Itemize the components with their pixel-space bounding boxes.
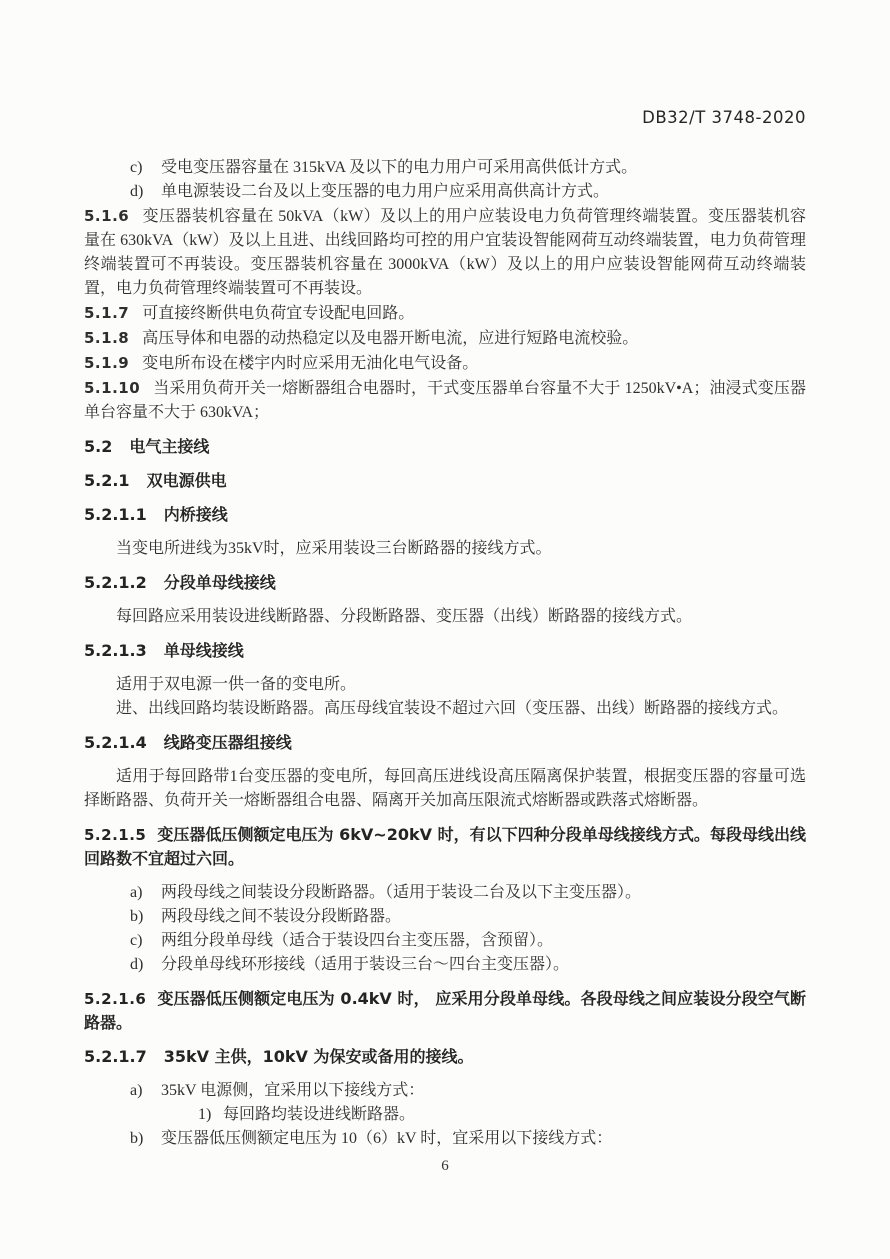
list-item-text: 受电变压器容量在 315kVA 及以下的电力用户可采用高供低计方式。	[161, 159, 637, 176]
list-item-label: a)	[130, 1079, 142, 1103]
list-item-text: 单电源装设二台及以上变压器的电力用户应采用高供高计方式。	[161, 183, 609, 200]
clause-text: 高压导体和电器的动热稳定以及电器开断电流，应进行短路电流校验。	[142, 330, 638, 347]
section-title: 单母线接线	[164, 641, 244, 660]
paragraph: 适用于每回路带1台变压器的变电所，每回高压进线设高压隔离保护装置，根据变压器的容…	[84, 765, 806, 813]
clause-number: 5.2.1.6	[84, 990, 146, 1008]
section-number: 5.2.1	[84, 471, 130, 490]
clause-group-5-1: 5.1.6变压器装机容量在 50kVA（kW）及以上的用户应装设电力负荷管理终端…	[84, 204, 806, 425]
section-number: 5.2.1.2	[84, 573, 147, 592]
paragraph: 进、出线回路均装设断路器。高压母线宜装设不超过六回（变压器、出线）断路器的接线方…	[84, 697, 806, 721]
clause-text: 可直接终断供电负荷宜专设配电回路。	[142, 305, 414, 322]
heading-5-2: 5.2电气主接线	[84, 435, 806, 459]
clause-text: 变压器低压侧额定电压为 6kV~20kV 时，有以下四种分段单母线接线方式。每段…	[84, 825, 806, 868]
document-page: DB32/T 3748-2020 c) 受电变压器容量在 315kVA 及以下的…	[0, 0, 890, 1259]
list-item-text: 两段母线之间不装设分段断路器。	[161, 908, 401, 925]
list-item-text: 两段母线之间装设分段断路器。（适用于装设二台及以下主变压器）。	[161, 884, 641, 901]
list-item: b) 两段母线之间不装设分段断路器。	[84, 905, 806, 929]
paragraph: 适用于双电源一供一备的变电所。	[84, 673, 806, 697]
clause-number: 5.1.6	[84, 207, 129, 225]
clause-text: 变压器装机容量在 50kVA（kW）及以上的用户应装设电力负荷管理终端装置。变压…	[84, 208, 806, 297]
clause-number: 5.1.8	[84, 329, 129, 347]
list-item-label: d)	[130, 953, 143, 977]
list-item: d) 单电源装设二台及以上变压器的电力用户应采用高供高计方式。	[84, 180, 806, 204]
section-title: 分段单母线接线	[164, 573, 276, 592]
list-5-2-1-7: a) 35kV 电源侧，宜采用以下接线方式： 1) 每回路均装设进线断路器。 b…	[84, 1079, 806, 1151]
clause-number: 5.1.7	[84, 304, 129, 322]
list-item-label: b)	[130, 905, 143, 929]
section-number: 5.2.1.4	[84, 733, 147, 752]
clause-5-1-8: 5.1.8高压导体和电器的动热稳定以及电器开断电流，应进行短路电流校验。	[84, 326, 806, 351]
list-item-text: 两组分段单母线（适合于装设四台主变压器，含预留）。	[161, 932, 553, 949]
paragraph: 每回路应采用装设进线断路器、分段断路器、变压器（出线）断路器的接线方式。	[84, 605, 806, 629]
list-item: a) 35kV 电源侧，宜采用以下接线方式：	[84, 1079, 806, 1103]
clause-text: 当采用负荷开关一熔断器组合电器时，干式变压器单台容量不大于 1250kV•A；油…	[84, 380, 806, 421]
clause-text: 变压器低压侧额定电压为 0.4kV 时， 应采用分段单母线。各段母线之间应装设分…	[84, 989, 806, 1032]
heading-5-2-1-3: 5.2.1.3单母线接线	[84, 639, 806, 663]
clause-5-1-9: 5.1.9变电所布设在楼宇内时应采用无油化电气设备。	[84, 351, 806, 376]
list-5-2-1-5: a) 两段母线之间装设分段断路器。（适用于装设二台及以下主变压器）。 b) 两段…	[84, 881, 806, 977]
section-title: 内桥接线	[164, 505, 228, 524]
sublist-item: 1) 每回路均装设进线断路器。	[84, 1103, 806, 1127]
list-item-label: 1)	[198, 1103, 211, 1127]
list-item-label: c)	[130, 929, 142, 953]
list-item-label: a)	[130, 881, 142, 905]
clause-5-2-1-5: 5.2.1.5变压器低压侧额定电压为 6kV~20kV 时，有以下四种分段单母线…	[84, 823, 806, 871]
list-item-label: c)	[130, 156, 142, 180]
clause-5-1-10: 5.1.10当采用负荷开关一熔断器组合电器时，干式变压器单台容量不大于 1250…	[84, 376, 806, 425]
section-title: 线路变压器组接线	[164, 733, 292, 752]
heading-5-2-1-1: 5.2.1.1内桥接线	[84, 503, 806, 527]
clause-5-1-6: 5.1.6变压器装机容量在 50kVA（kW）及以上的用户应装设电力负荷管理终端…	[84, 204, 806, 301]
intro-list: c) 受电变压器容量在 315kVA 及以下的电力用户可采用高供低计方式。 d)…	[84, 156, 806, 204]
list-item: c) 两组分段单母线（适合于装设四台主变压器，含预留）。	[84, 929, 806, 953]
clause-number: 5.2.1.5	[84, 826, 146, 844]
clause-number: 5.1.10	[84, 379, 140, 397]
paragraph-group: 适用于双电源一供一备的变电所。 进、出线回路均装设断路器。高压母线宜装设不超过六…	[84, 673, 806, 721]
list-item: c) 受电变压器容量在 315kVA 及以下的电力用户可采用高供低计方式。	[84, 156, 806, 180]
section-number: 5.2.1.7	[84, 1047, 147, 1066]
list-item-text: 分段单母线环形接线（适用于装设三台～四台主变压器）。	[161, 956, 569, 973]
clause-5-2-1-6: 5.2.1.6变压器低压侧额定电压为 0.4kV 时， 应采用分段单母线。各段母…	[84, 987, 806, 1035]
list-item: b) 变压器低压侧额定电压为 10（6）kV 时，宜采用以下接线方式：	[84, 1127, 806, 1151]
heading-5-2-1-7: 5.2.1.735kV 主供，10kV 为保安或备用的接线。	[84, 1045, 806, 1069]
list-item-text: 35kV 电源侧，宜采用以下接线方式：	[161, 1082, 424, 1099]
list-item-label: d)	[130, 180, 143, 204]
section-number: 5.2.1.1	[84, 505, 147, 524]
heading-5-2-1-2: 5.2.1.2分段单母线接线	[84, 571, 806, 595]
section-title: 双电源供电	[147, 471, 227, 490]
list-item-label: b)	[130, 1127, 143, 1151]
list-item: d) 分段单母线环形接线（适用于装设三台～四台主变压器）。	[84, 953, 806, 977]
list-item-text: 每回路均装设进线断路器。	[223, 1106, 415, 1123]
list-item: a) 两段母线之间装设分段断路器。（适用于装设二台及以下主变压器）。	[84, 881, 806, 905]
list-item-text: 变压器低压侧额定电压为 10（6）kV 时，宜采用以下接线方式：	[161, 1130, 612, 1147]
section-number: 5.2.1.3	[84, 641, 147, 660]
clause-text: 变电所布设在楼宇内时应采用无油化电气设备。	[142, 355, 478, 372]
section-title: 35kV 主供，10kV 为保安或备用的接线。	[164, 1047, 474, 1066]
standard-code: DB32/T 3748-2020	[84, 106, 806, 130]
heading-5-2-1: 5.2.1双电源供电	[84, 469, 806, 493]
heading-5-2-1-4: 5.2.1.4线路变压器组接线	[84, 731, 806, 755]
paragraph: 当变电所进线为35kV时，应采用装设三台断路器的接线方式。	[84, 537, 806, 561]
clause-5-1-7: 5.1.7可直接终断供电负荷宜专设配电回路。	[84, 301, 806, 326]
page-number: 6	[0, 1154, 890, 1178]
clause-number: 5.1.9	[84, 354, 129, 372]
section-title: 电气主接线	[129, 437, 209, 456]
section-number: 5.2	[84, 437, 112, 456]
